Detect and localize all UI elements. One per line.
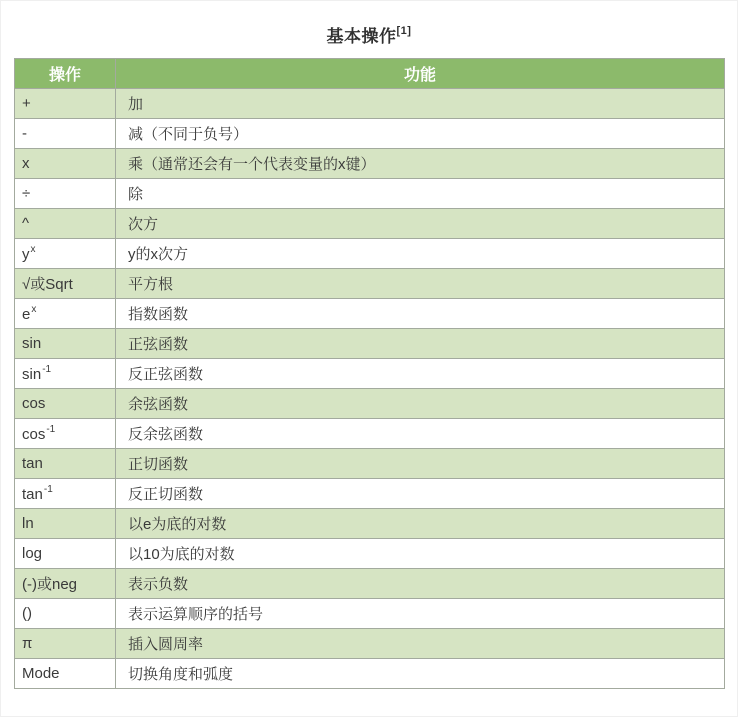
table-row: (-)或neg表示负数 — [15, 569, 725, 599]
function-cell: 正弦函数 — [116, 329, 725, 359]
table-row: log以10为底的对数 — [15, 539, 725, 569]
function-cell: 乘（通常还会有一个代表变量的x键） — [116, 149, 725, 179]
function-cell: 正切函数 — [116, 449, 725, 479]
function-cell: 平方根 — [116, 269, 725, 299]
operation-cell: π — [15, 629, 116, 659]
table-row: x乘（通常还会有一个代表变量的x键） — [15, 149, 725, 179]
page-title: 基本操作[1] — [1, 1, 737, 47]
operation-cell: tan-1 — [15, 479, 116, 509]
operation-cell: + — [15, 89, 116, 119]
page: 基本操作[1] 操作 功能 +加-减（不同于负号）x乘（通常还会有一个代表变量的… — [0, 0, 738, 717]
header-row: 操作 功能 — [15, 59, 725, 89]
operation-cell: sin-1 — [15, 359, 116, 389]
operation-text: tan — [22, 455, 43, 472]
table-row: ln以e为底的对数 — [15, 509, 725, 539]
function-cell: 以10为底的对数 — [116, 539, 725, 569]
operation-text: () — [22, 605, 32, 622]
column-header-function: 功能 — [116, 59, 725, 89]
operation-cell: ^ — [15, 209, 116, 239]
table-row: sin正弦函数 — [15, 329, 725, 359]
table-body: +加-减（不同于负号）x乘（通常还会有一个代表变量的x键）÷除^次方yxy的x次… — [15, 89, 725, 689]
table-row: sin-1反正弦函数 — [15, 359, 725, 389]
operation-cell: ÷ — [15, 179, 116, 209]
table-row: Mode切换角度和弧度 — [15, 659, 725, 689]
operation-text: x — [22, 155, 30, 172]
function-cell: 反正弦函数 — [116, 359, 725, 389]
operation-superscript: -1 — [44, 484, 53, 495]
page-title-text: 基本操作 — [327, 27, 397, 46]
table-row: ex指数函数 — [15, 299, 725, 329]
table-row: π插入圆周率 — [15, 629, 725, 659]
operation-superscript: x — [31, 304, 36, 315]
function-cell: 以e为底的对数 — [116, 509, 725, 539]
operation-text: Mode — [22, 665, 60, 682]
table-row: yxy的x次方 — [15, 239, 725, 269]
operation-text: ^ — [22, 215, 29, 232]
function-cell: 表示运算顺序的括号 — [116, 599, 725, 629]
function-cell: 除 — [116, 179, 725, 209]
function-cell: 反余弦函数 — [116, 419, 725, 449]
operation-text: + — [22, 95, 31, 112]
operation-cell: - — [15, 119, 116, 149]
operation-text: sin — [22, 335, 41, 352]
operation-text: cos — [22, 426, 45, 443]
function-cell: 切换角度和弧度 — [116, 659, 725, 689]
table-row: ÷除 — [15, 179, 725, 209]
operation-cell: yx — [15, 239, 116, 269]
basic-operations-table: 操作 功能 +加-减（不同于负号）x乘（通常还会有一个代表变量的x键）÷除^次方… — [14, 58, 725, 689]
table-row: -减（不同于负号） — [15, 119, 725, 149]
operation-cell: sin — [15, 329, 116, 359]
function-cell: 表示负数 — [116, 569, 725, 599]
operation-text: log — [22, 545, 42, 562]
operation-text: sin — [22, 366, 41, 383]
function-cell: 余弦函数 — [116, 389, 725, 419]
operation-text: (-)或neg — [22, 576, 77, 593]
operation-text: √或Sqrt — [22, 276, 73, 293]
operation-cell: (-)或neg — [15, 569, 116, 599]
table-row: √或Sqrt平方根 — [15, 269, 725, 299]
operation-text: - — [22, 125, 27, 142]
table-row: ()表示运算顺序的括号 — [15, 599, 725, 629]
operation-text: y — [22, 246, 30, 263]
operation-cell: cos — [15, 389, 116, 419]
function-cell: 指数函数 — [116, 299, 725, 329]
function-cell: y的x次方 — [116, 239, 725, 269]
table-row: tan正切函数 — [15, 449, 725, 479]
function-cell: 次方 — [116, 209, 725, 239]
operation-text: cos — [22, 395, 45, 412]
function-cell: 反正切函数 — [116, 479, 725, 509]
operation-text: e — [22, 306, 30, 323]
operation-cell: log — [15, 539, 116, 569]
column-header-operation: 操作 — [15, 59, 116, 89]
operation-superscript: x — [31, 244, 36, 255]
table-row: cos-1反余弦函数 — [15, 419, 725, 449]
operation-cell: x — [15, 149, 116, 179]
operation-text: ÷ — [22, 185, 30, 202]
operation-superscript: -1 — [42, 364, 51, 375]
operation-cell: ln — [15, 509, 116, 539]
operation-text: π — [22, 635, 32, 652]
operation-text: ln — [22, 515, 34, 532]
function-cell: 加 — [116, 89, 725, 119]
operation-superscript: -1 — [46, 424, 55, 435]
footnote-ref[interactable]: [1] — [397, 25, 412, 37]
operation-cell: ex — [15, 299, 116, 329]
table-row: ^次方 — [15, 209, 725, 239]
function-cell: 插入圆周率 — [116, 629, 725, 659]
table-row: tan-1反正切函数 — [15, 479, 725, 509]
operation-cell: tan — [15, 449, 116, 479]
function-cell: 减（不同于负号） — [116, 119, 725, 149]
operation-text: tan — [22, 486, 43, 503]
table-row: +加 — [15, 89, 725, 119]
operation-cell: Mode — [15, 659, 116, 689]
operation-cell: () — [15, 599, 116, 629]
table-row: cos余弦函数 — [15, 389, 725, 419]
operation-cell: cos-1 — [15, 419, 116, 449]
operation-cell: √或Sqrt — [15, 269, 116, 299]
